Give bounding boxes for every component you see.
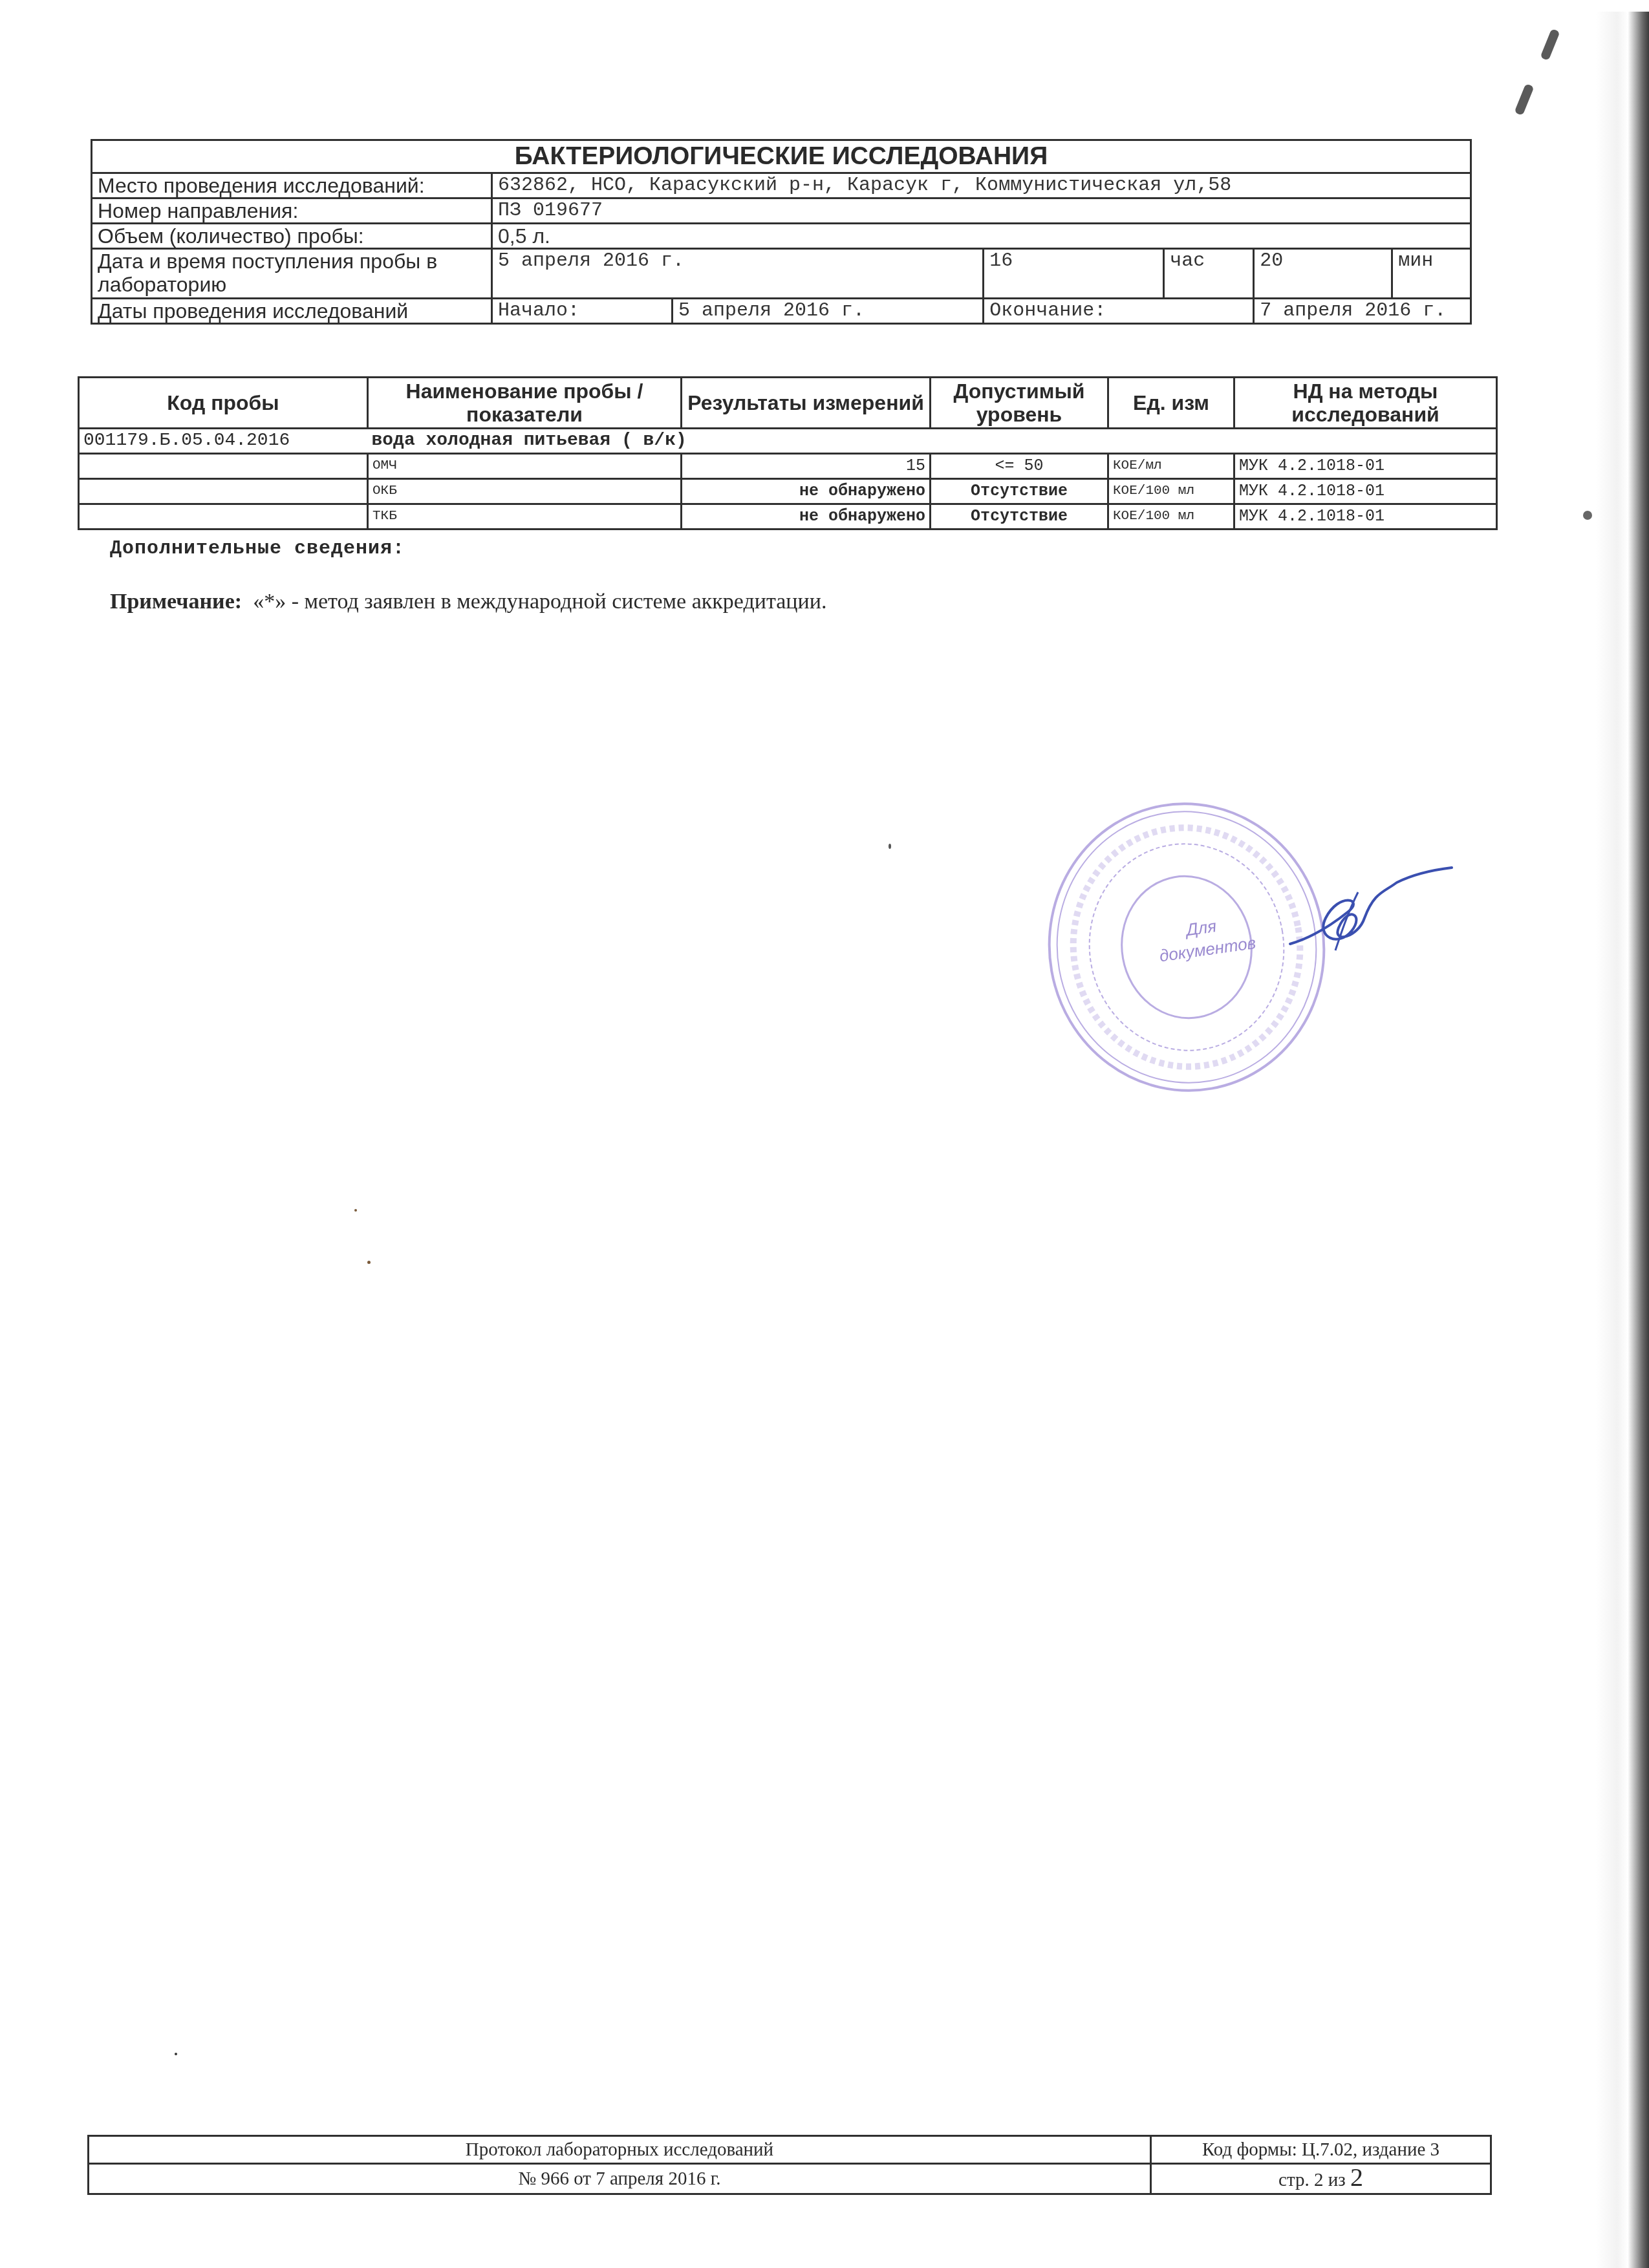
protocol-title: Протокол лабораторных исследований	[89, 2136, 1151, 2164]
sample-row-end	[1234, 429, 1497, 454]
note: Примечание: «*» - метод заявлен в междун…	[110, 590, 826, 614]
page-prefix: стр. 2 из	[1278, 2170, 1350, 2190]
scan-speck	[367, 1261, 371, 1264]
allowed-level: Отсутствие	[931, 504, 1108, 530]
referral-label: Номер направления:	[92, 198, 492, 224]
page-number: стр. 2 из 2	[1151, 2164, 1491, 2194]
column-header: Результаты измерений	[682, 378, 931, 429]
section-title: БАКТЕРИОЛОГИЧЕСКИЕ ИССЛЕДОВАНИЯ	[92, 140, 1471, 173]
scan-speck	[354, 1209, 357, 1212]
staple-mark	[1514, 83, 1535, 116]
table-row: ТКБ не обнаружено Отсутствие КОЕ/100 мл …	[79, 504, 1497, 530]
unit: КОЕ/100 мл	[1108, 479, 1234, 504]
note-text: «*» - метод заявлен в международной сист…	[253, 590, 826, 614]
sample-info-table: БАКТЕРИОЛОГИЧЕСКИЕ ИССЛЕДОВАНИЯ Место пр…	[91, 139, 1472, 325]
received-date: 5 апреля 2016 г.	[492, 249, 984, 299]
empty-code-cell	[79, 454, 368, 479]
column-header: НД на методы исследований	[1234, 378, 1497, 429]
method-doc: МУК 4.2.1018-01	[1234, 479, 1497, 504]
indicator: ОКБ	[368, 479, 682, 504]
scan-speck	[175, 2053, 177, 2055]
start-value: 5 апреля 2016 г.	[673, 299, 984, 324]
volume-label: Объем (количество) пробы:	[92, 224, 492, 249]
received-minute: 20	[1255, 250, 1392, 297]
received-label: Дата и время поступления пробы в лаборат…	[92, 249, 492, 299]
received-hour: 16	[984, 249, 1164, 299]
unit: КОЕ/мл	[1108, 454, 1234, 479]
indicator: ОМЧ	[368, 454, 682, 479]
column-header: Ед. изм	[1108, 378, 1234, 429]
hour-unit: час	[1164, 249, 1254, 299]
column-header: Допустимый уровень	[931, 378, 1108, 429]
results-header-row: Код пробы Наименование пробы / показател…	[79, 378, 1497, 429]
end-label: Окончание:	[984, 299, 1254, 324]
allowed-level: <= 50	[931, 454, 1108, 479]
referral-value: ПЗ 019677	[492, 198, 1471, 224]
location-value: 632862, НСО, Карасукский р-н, Карасук г,…	[492, 173, 1471, 198]
indicator: ТКБ	[368, 504, 682, 530]
table-row: ОКБ не обнаружено Отсутствие КОЕ/100 мл …	[79, 479, 1497, 504]
minute-unit: мин	[1392, 250, 1470, 297]
scan-page-edge	[1596, 12, 1649, 2268]
column-header: Код пробы	[79, 378, 368, 429]
scan-speck	[889, 844, 891, 849]
result-value: не обнаружено	[682, 479, 931, 504]
signature-icon	[1287, 866, 1455, 976]
allowed-level: Отсутствие	[931, 479, 1108, 504]
dates-label: Даты проведения исследований	[92, 299, 492, 324]
staple-mark	[1540, 28, 1560, 61]
table-row: ОМЧ 15 <= 50 КОЕ/мл МУК 4.2.1018-01	[79, 454, 1497, 479]
results-table: Код пробы Наименование пробы / показател…	[78, 376, 1498, 530]
form-code: Код формы: Ц.7.02, издание 3	[1151, 2136, 1491, 2164]
sample-name: вода холодная питьевая ( в/к)	[368, 429, 1234, 454]
page-total: 2	[1350, 2163, 1363, 2192]
hole-punch-mark	[1583, 511, 1592, 520]
unit: КОЕ/100 мл	[1108, 504, 1234, 530]
start-label: Начало:	[492, 299, 673, 324]
empty-code-cell	[79, 504, 368, 530]
sample-code: 001179.Б.05.04.2016	[79, 429, 368, 454]
result-value: не обнаружено	[682, 504, 931, 530]
sample-row: 001179.Б.05.04.2016 вода холодная питьев…	[79, 429, 1497, 454]
empty-code-cell	[79, 479, 368, 504]
footer-table: Протокол лабораторных исследований Код ф…	[87, 2135, 1492, 2195]
location-label: Место проведения исследований:	[92, 173, 492, 198]
result-value: 15	[682, 454, 931, 479]
protocol-number: № 966 от 7 апреля 2016 г.	[89, 2164, 1151, 2194]
column-header: Наименование пробы / показатели	[368, 378, 682, 429]
method-doc: МУК 4.2.1018-01	[1234, 504, 1497, 530]
volume-value: 0,5 л.	[492, 224, 1471, 249]
end-value: 7 апреля 2016 г.	[1254, 299, 1471, 324]
method-doc: МУК 4.2.1018-01	[1234, 454, 1497, 479]
additional-info-label: Дополнительные сведения:	[110, 538, 405, 560]
note-label: Примечание:	[110, 590, 242, 614]
